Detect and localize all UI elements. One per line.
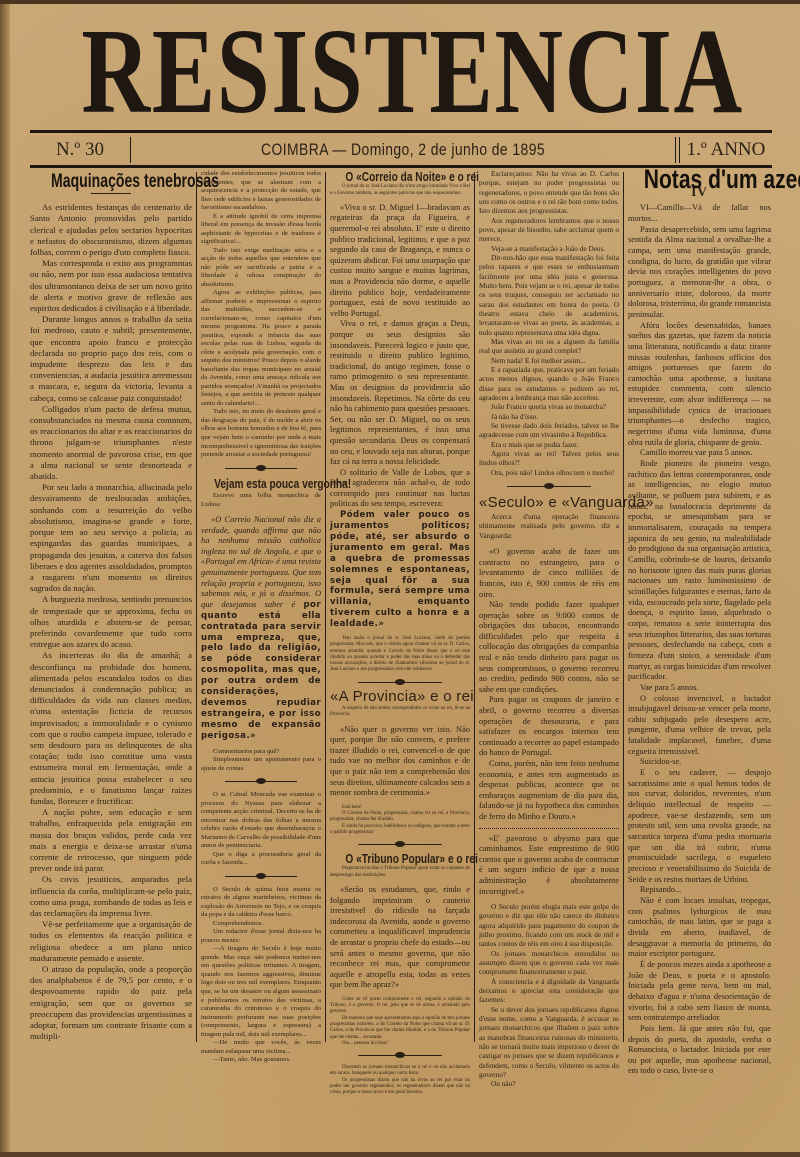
article-title-notas: Notas d'um azedo — [644, 174, 756, 185]
paragraph: E a rapaziada que, praticava por um feri… — [479, 366, 619, 403]
paragraph: —Tanto, não. Mas gostamos. — [201, 1056, 321, 1065]
quote-paragraph: «E' pavoroso o abysmo para que caminhamo… — [479, 834, 619, 898]
quote-paragraph: «Não quer o governo ver isto. Não quer, … — [330, 725, 470, 799]
page-bottom-edge — [0, 1152, 800, 1157]
quote-paragraph: Não tendo podido fazer qualquer operação… — [479, 600, 619, 695]
paragraph: Não é com locaes insulsas, tropegas, com… — [628, 896, 771, 960]
dotted-separator — [479, 828, 619, 829]
quotation: «Não quer o governo ver isto. Não quer, … — [330, 725, 470, 799]
paragraph: Como se vê quem compromette o rei, segun… — [330, 997, 470, 1016]
column-divider — [474, 172, 475, 1042]
quote-paragraph: Viva o rei, e damos graças a Deus, porqu… — [330, 319, 470, 467]
column-divider — [325, 172, 326, 1042]
quote-bold-text: por quanto está ella contratada para ser… — [201, 600, 321, 741]
paragraph: Esclareçamos: Não ha vivas ao D. Carlos … — [479, 170, 619, 217]
paragraph: O Seculo de quinta feira inseria os retr… — [201, 886, 321, 920]
article-title-seculo-vanguarda: «Seculo» e «Vanguarda» — [479, 498, 619, 507]
quote-paragraph: Como, porém, não tem feito nenhuma econo… — [479, 759, 619, 823]
paragraph: Passa desapercebido, sem uma lagrima sen… — [628, 225, 771, 321]
paragraph: O Correio da Noite, progressista, chama … — [330, 811, 470, 824]
quote-paragraph: «Viva o sr. D. Miguel I—bradavam as rega… — [330, 203, 470, 320]
paragraph: Acerca d'uma operação financeira ultimam… — [479, 513, 619, 541]
paragraph: Escreve uma folha monarchica de Lisboa: — [201, 492, 321, 509]
paragraph: Comprehendemos. — [201, 920, 321, 929]
quote-paragraph: «Serão os estudantes, que, rindo e folga… — [330, 885, 470, 991]
paragraph: O jornal do sr. José Luciano diz n'um ar… — [330, 184, 470, 197]
column-2: cidade dos estabelecimentos jesuiticos t… — [201, 170, 321, 1065]
paragraph: A respeito de não serem correspondidos o… — [330, 706, 470, 719]
paragraph: —De modo que vocês, ás vezes mandam esfa… — [201, 1039, 321, 1056]
paragraph: Agora vivas ao rei! Talvez pelos seus li… — [479, 450, 619, 469]
column-divider — [196, 172, 197, 1042]
paragraph: Se tivesse dado dois feriados, talvez se… — [479, 422, 619, 441]
paragraph: Os progressistas dizem que não ha vivas … — [330, 1078, 470, 1097]
paragraph: Ora... pensem lá n'isso! — [330, 1041, 470, 1047]
article-title-vergonha: Vejam esta pouca vergonha! — [214, 480, 308, 489]
paragraph: O sr. Cabral Moncada vae examinar o proc… — [201, 791, 321, 851]
paragraph: Suicidou-se. — [628, 757, 771, 768]
paragraph: Afóra locões desenxabidas, banaes soelto… — [628, 321, 771, 449]
ornamental-divider — [201, 870, 321, 884]
article-title-maquinacoes: Maquinações tenebrosas — [51, 176, 171, 187]
paragraph: Discutem os jornaes monarchicos se o rei… — [330, 1065, 470, 1078]
paragraph: Aos regeneradores lembramos que o nosso … — [479, 217, 619, 245]
paragraph: E a attitude ignobil de certa imprensa l… — [201, 213, 321, 247]
paragraph: Agora as exhibições publicas, para affir… — [201, 289, 321, 408]
paragraph: Ou não? — [479, 1080, 619, 1089]
quote-paragraph: «O governo acaba de fazer um contracto n… — [479, 547, 619, 600]
quote-paragraph: Para pagar os coupons de janeiro e abril… — [479, 695, 619, 759]
issue-number: N.º 30 — [30, 139, 130, 161]
quote-paragraph: O solitario de Valle de Lobos, que a Deu… — [330, 468, 470, 510]
paragraph: Nem nada! E foi melhor assim... — [479, 357, 619, 366]
column-4: Os progressistas dizem que não ha vivas … — [479, 170, 619, 1090]
paragraph: E o seu cadaver, — despojo sacratissimo … — [628, 768, 771, 885]
paragraph: Que o diga a procuradoria geral da corôa… — [201, 851, 321, 868]
paragraph: O Seculo porém elogia mais este golpe do… — [479, 903, 619, 950]
quotation: «O Correio Nacional não diz a verdade, q… — [201, 515, 321, 742]
ornamental-divider — [479, 480, 619, 494]
ornamental-divider — [201, 462, 321, 476]
paragraph: Commentarios para quê? — [201, 748, 321, 757]
paragraph: Repisando... — [628, 885, 771, 896]
column-divider — [623, 172, 624, 1042]
paragraph: Tem razão o jornal do sr. José Luciano, … — [330, 636, 470, 674]
column-3: O «Correio da Noite» e o rei O jornal do… — [330, 170, 470, 1097]
paragraph: Tudo isto, no meio do desalento geral e … — [201, 408, 321, 459]
paragraph: Pois bem. Já que antes não foi, que depo… — [628, 1024, 771, 1077]
paragraph: VI—Camillo—Vá de fallar nos mortos... — [628, 203, 771, 224]
article-title-correio: O «Correio da Noite» e o rei — [345, 174, 454, 180]
masthead: RESISTENCIA — [28, 18, 772, 126]
quote-bold-text: Pódem valer pouco os juramentos politico… — [330, 510, 470, 630]
paragraph: Rode pioneiro do pioneiro vesgo, rachiti… — [628, 459, 771, 683]
paragraph: A nação pobre, sem educação e sem trabal… — [30, 807, 192, 874]
paragraph: Dir-nos-hão que essa manifestação foi fe… — [479, 254, 619, 338]
ornamental-divider — [330, 1049, 470, 1063]
ornamental-divider — [330, 676, 470, 690]
paragraph: Durante longos annos o trabalho da seita… — [30, 314, 192, 404]
column-5: Notas d'um azedo IV VI—Camillo—Vá de fal… — [628, 170, 771, 1077]
paragraph: Tudo isto exige meditação séria e a acçã… — [201, 247, 321, 290]
article-title-tribuno: O «Tribuno Popular» e o rei — [345, 856, 454, 862]
volume-year: 1.º ANNO — [680, 139, 772, 161]
paragraph: Colligados n'um pacto de defesa mutua, c… — [30, 404, 192, 482]
ornamental-divider — [330, 838, 470, 852]
paragraph: Era o mais que se podia fazer. — [479, 441, 619, 450]
paragraph: —A tiragem do Seculo é hoje muito grande… — [201, 945, 321, 1039]
paragraph: cidade dos estabelecimentos jesuiticos t… — [201, 170, 321, 213]
paragraph: Os jornaes monarchicos entendidos no ass… — [479, 950, 619, 978]
paragraph: As incertezas do dia de amanhã; a descon… — [30, 650, 192, 807]
paragraph: As estridentes festanças do centenario d… — [30, 202, 192, 258]
article-title-provincia: «A Provincia» e o rei — [330, 694, 470, 700]
paragraph: Mas corresponda o exito aos programmas o… — [30, 258, 192, 314]
paragraph: O atraso da população, onde a proporção … — [30, 964, 192, 1042]
paragraph: E ainda ha pacovios, habilidosos ou indi… — [330, 824, 470, 837]
paragraph: Mas vivas ao rei ou a alguem da familia … — [479, 338, 619, 357]
paragraph: Vê-se perfeitamente que a organisação de… — [30, 919, 192, 964]
issue-info-bar: N.º 30 COIMBRA — Domingo, 2 de junho de … — [30, 136, 772, 164]
dateline: COIMBRA — Domingo, 2 de junho de 1895 — [180, 140, 626, 160]
paragraph: Se o dever dos jornaes republicanos dign… — [479, 1006, 619, 1081]
paragraph: Um redactor d'esse jornal dizia-nos ha p… — [201, 928, 321, 945]
divider — [130, 137, 131, 163]
title-rule — [91, 193, 131, 194]
quotation: «Serão os estudantes, que, rindo e folga… — [330, 885, 470, 991]
newspaper-title: RESISTENCIA — [81, 18, 743, 126]
masthead-rule-top — [30, 130, 772, 133]
paragraph: Ora, pois não! Lindos olhos tem o mocho! — [479, 469, 619, 478]
quote-text: «O Correio Nacional não diz a verdade, q… — [201, 515, 321, 609]
paragraph: Camillo morreu vae para 5 annos. — [628, 448, 771, 459]
paragraph: Veja-se a manifestação a João de Deus. — [479, 245, 619, 254]
quotation: «O governo acaba de fazer um contracto n… — [479, 547, 619, 897]
quotation: «Viva o sr. D. Miguel I—bradavam as rega… — [330, 203, 470, 630]
paragraph: A burguezia medrosa, sentindo prenuncios… — [30, 594, 192, 650]
column-1: Maquinações tenebrosas As estridentes fe… — [30, 170, 192, 1042]
paragraph: Por seu lado a monarchia, allucinada pel… — [30, 482, 192, 594]
paragraph: Os covis jesuiticos, amparados pela infl… — [30, 874, 192, 919]
paragraph: É de poucos mezes ainda a apotheose a Jo… — [628, 960, 771, 1024]
ornamental-divider — [201, 775, 321, 789]
paragraph: Á consciencia e á dignidade da Vanguarda… — [479, 978, 619, 1006]
paragraph: João Franco queria vivas ao monarcha? — [479, 403, 619, 412]
paragraph: Perguntava ha dias o Tribuno Popular que… — [330, 866, 470, 879]
paragraph: Simplesmente um apontamento para o ajust… — [201, 756, 321, 773]
paragraph: Vae para 5 annos. — [628, 683, 771, 694]
paragraph: O colosso invencivel, o luctador insubju… — [628, 694, 771, 758]
paragraph: De maneira que hoje apresentamos aqui a … — [330, 1016, 470, 1041]
paragraph: Já não ha d'isso. — [479, 413, 619, 422]
page-binding-edge — [0, 0, 10, 1157]
